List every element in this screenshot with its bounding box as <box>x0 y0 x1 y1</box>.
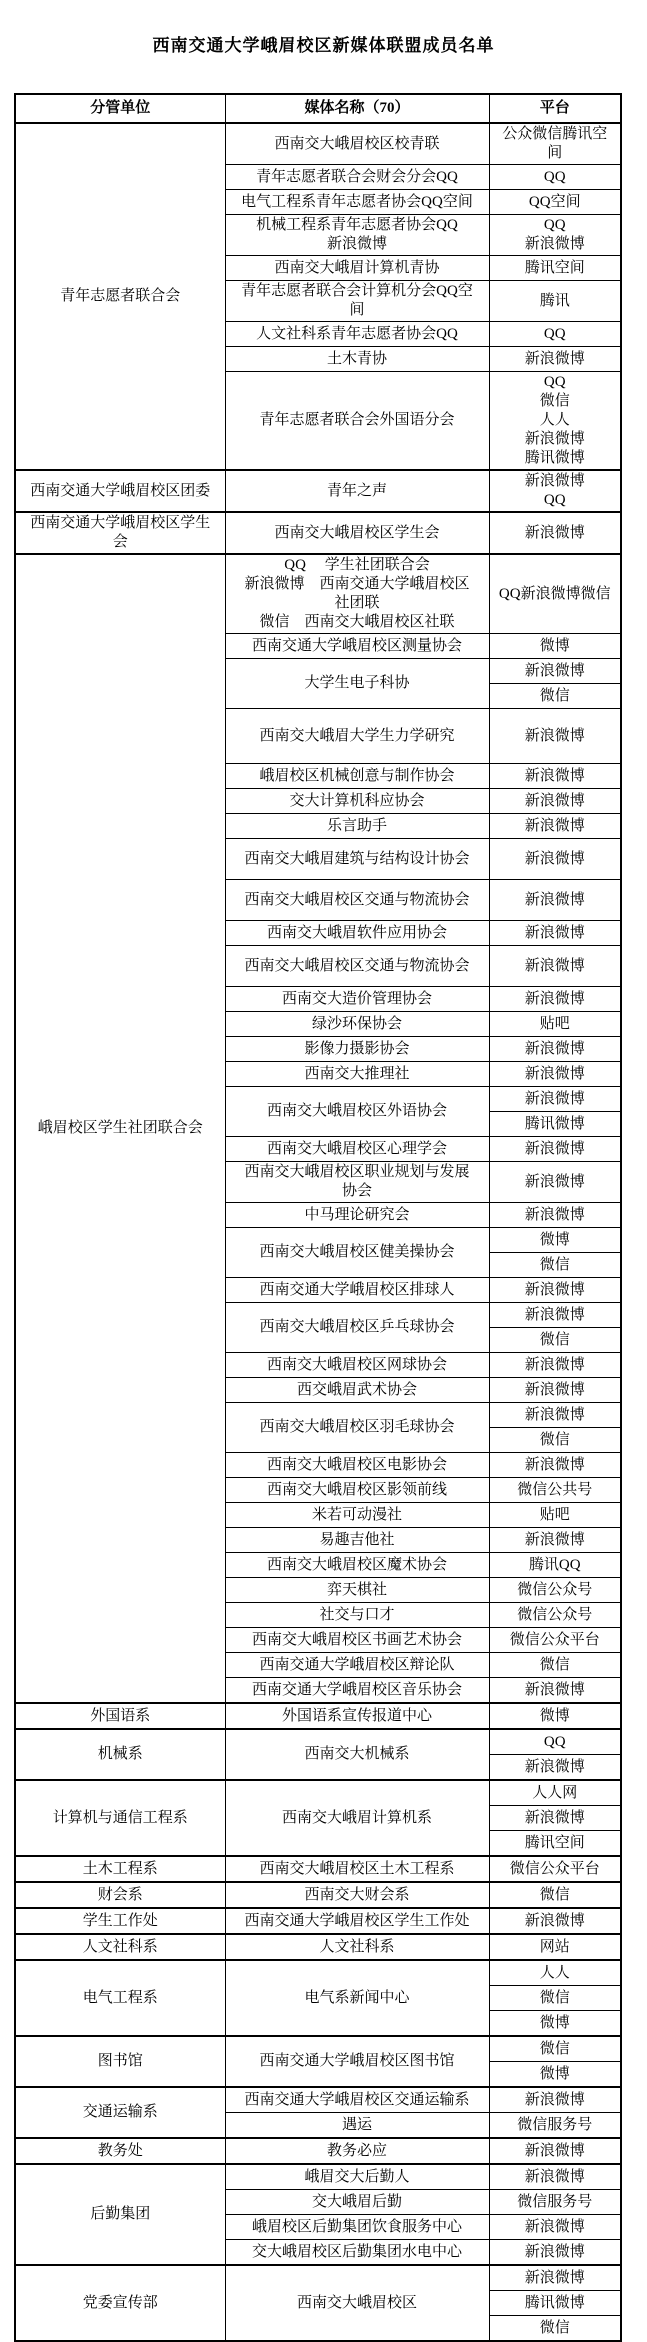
media-name-cell: QQ 学生社团联合会 新浪微博 西南交通大学峨眉校区 社团联 微信 西南交大峨眉… <box>225 554 489 634</box>
media-name-cell: 西南交通大学峨眉校区交通运输系 <box>225 2087 489 2113</box>
platform-cell: 微信公众号 <box>489 1578 621 1603</box>
media-name-cell: 西南交大峨眉校区职业规划与发展 协会 <box>225 1162 489 1203</box>
platform-cell: 人人网 <box>489 1780 621 1806</box>
platform-cell: 微信 <box>489 1882 621 1908</box>
media-name-cell: 西南交大峨眉校区心理学会 <box>225 1137 489 1162</box>
platform-cell: QQ空间 <box>489 190 621 215</box>
table-row: 教务处教务必应新浪微博 <box>15 2138 621 2164</box>
media-name-cell: 西南交大峨眉校区电影协会 <box>225 1453 489 1478</box>
media-name-cell: 西南交通大学峨眉校区图书馆 <box>225 2036 489 2087</box>
unit-cell: 图书馆 <box>15 2036 225 2087</box>
table-row: 党委宣传部西南交大峨眉校区新浪微博 <box>15 2265 621 2291</box>
unit-cell: 西南交通大学峨眉校区学生 会 <box>15 512 225 554</box>
platform-cell: 微信 <box>489 1328 621 1353</box>
media-name-cell: 交大峨眉后勤 <box>225 2190 489 2215</box>
platform-cell: 新浪微博 <box>489 2215 621 2240</box>
platform-cell: 微信 <box>489 1653 621 1678</box>
platform-cell: 新浪微博 <box>489 839 621 880</box>
platform-cell: QQ 微信 人人 新浪微博 腾讯微博 <box>489 372 621 471</box>
media-name-cell: 西交峨眉武术协会 <box>225 1378 489 1403</box>
platform-cell: 网站 <box>489 1934 621 1960</box>
unit-cell: 峨眉校区学生社团联合会 <box>15 554 225 1703</box>
unit-cell: 后勤集团 <box>15 2164 225 2265</box>
media-name-cell: 峨眉交大后勤人 <box>225 2164 489 2190</box>
media-name-cell: 西南交大峨眉校区学生会 <box>225 512 489 554</box>
table-row: 财会系西南交大财会系微信 <box>15 1882 621 1908</box>
col-header-unit: 分管单位 <box>15 94 225 123</box>
table-row: 后勤集团峨眉交大后勤人新浪微博 <box>15 2164 621 2190</box>
media-name-cell: 电气工程系青年志愿者协会QQ空间 <box>225 190 489 215</box>
media-name-cell: 西南交大峨眉校区外语协会 <box>225 1087 489 1137</box>
platform-cell: 腾讯空间 <box>489 256 621 281</box>
table-row: 西南交通大学峨眉校区团委青年之声新浪微博 QQ <box>15 470 621 512</box>
table-row: 青年志愿者联合会西南交大峨眉校区校青联公众微信腾讯空 间 <box>15 123 621 165</box>
platform-cell: 新浪微博 <box>489 789 621 814</box>
platform-cell: QQ 新浪微博 <box>489 215 621 256</box>
platform-cell: 微信公众号 <box>489 1603 621 1628</box>
platform-cell: 微信 <box>489 2316 621 2342</box>
page-title: 西南交通大学峨眉校区新媒体联盟成员名单 <box>0 33 647 93</box>
media-name-cell: 西南交大峨眉校区乒乓球协会 <box>225 1303 489 1353</box>
platform-cell: 微博 <box>489 2011 621 2037</box>
platform-cell: 新浪微博 <box>489 1378 621 1403</box>
media-name-cell: 西南交通大学峨眉校区学生工作处 <box>225 1908 489 1934</box>
platform-cell: 贴吧 <box>489 1012 621 1037</box>
table-row: 人文社科系人文社科系网站 <box>15 1934 621 1960</box>
platform-cell: 微信 <box>489 684 621 709</box>
platform-cell: 微博 <box>489 2062 621 2088</box>
unit-cell: 交通运输系 <box>15 2087 225 2138</box>
platform-cell: 微信 <box>489 1253 621 1278</box>
media-name-cell: 交大峨眉校区后勤集团水电中心 <box>225 2240 489 2266</box>
col-header-platform: 平台 <box>489 94 621 123</box>
media-name-cell: 西南交通大学峨眉校区测量协会 <box>225 634 489 659</box>
media-name-cell: 中马理论研究会 <box>225 1203 489 1228</box>
platform-cell: 微信 <box>489 1986 621 2011</box>
platform-cell: 新浪微博 <box>489 921 621 946</box>
platform-cell: QQ <box>489 322 621 347</box>
media-name-cell: 西南交大峨眉软件应用协会 <box>225 921 489 946</box>
platform-cell: 腾讯 <box>489 281 621 322</box>
platform-cell: QQ <box>489 165 621 190</box>
platform-cell: 新浪微博 QQ <box>489 470 621 512</box>
media-name-cell: 西南交大峨眉校区交通与物流协会 <box>225 946 489 987</box>
platform-cell: 新浪微博 <box>489 880 621 921</box>
media-name-cell: 乐言助手 <box>225 814 489 839</box>
table-row: 计算机与通信工程系西南交大峨眉计算机系人人网 <box>15 1780 621 1806</box>
platform-cell: 微博 <box>489 1703 621 1729</box>
media-name-cell: 西南交大峨眉计算机系 <box>225 1780 489 1856</box>
media-name-cell: 外国语系宣传报道中心 <box>225 1703 489 1729</box>
platform-cell: 新浪微博 <box>489 814 621 839</box>
platform-cell: 新浪微博 <box>489 764 621 789</box>
platform-cell: 新浪微博 <box>489 1137 621 1162</box>
media-name-cell: 西南交大峨眉校区交通与物流协会 <box>225 880 489 921</box>
members-table-body: 青年志愿者联合会西南交大峨眉校区校青联公众微信腾讯空 间青年志愿者联合会财会分会… <box>15 123 621 2341</box>
platform-cell: 新浪微博 <box>489 347 621 372</box>
media-name-cell: 人文社科系 <box>225 1934 489 1960</box>
platform-cell: 腾讯QQ <box>489 1553 621 1578</box>
unit-cell: 土木工程系 <box>15 1856 225 1882</box>
media-name-cell: 青年志愿者联合会计算机分会QQ空 间 <box>225 281 489 322</box>
platform-cell: 新浪微博 <box>489 1528 621 1553</box>
platform-cell: 腾讯空间 <box>489 1831 621 1857</box>
table-row: 交通运输系西南交通大学峨眉校区交通运输系新浪微博 <box>15 2087 621 2113</box>
platform-cell: 新浪微博 <box>489 1353 621 1378</box>
unit-cell: 机械系 <box>15 1729 225 1780</box>
platform-cell: 微博 <box>489 634 621 659</box>
platform-cell: 新浪微博 <box>489 512 621 554</box>
platform-cell: 人人 <box>489 1960 621 1986</box>
platform-cell: 新浪微博 <box>489 2087 621 2113</box>
unit-cell: 财会系 <box>15 1882 225 1908</box>
media-name-cell: 弈天棋社 <box>225 1578 489 1603</box>
unit-cell: 人文社科系 <box>15 1934 225 1960</box>
media-name-cell: 西南交大峨眉计算机青协 <box>225 256 489 281</box>
media-name-cell: 西南交通大学峨眉校区辩论队 <box>225 1653 489 1678</box>
platform-cell: 新浪微博 <box>489 2265 621 2291</box>
media-name-cell: 西南交通大学峨眉校区音乐协会 <box>225 1678 489 1704</box>
media-name-cell: 西南交大峨眉校区土木工程系 <box>225 1856 489 1882</box>
media-name-cell: 教务必应 <box>225 2138 489 2164</box>
media-name-cell: 青年志愿者联合会外国语分会 <box>225 372 489 471</box>
platform-cell: 新浪微博 <box>489 1678 621 1704</box>
platform-cell: 贴吧 <box>489 1503 621 1528</box>
media-name-cell: 西南交大推理社 <box>225 1062 489 1087</box>
platform-cell: 公众微信腾讯空 间 <box>489 123 621 165</box>
media-name-cell: 青年之声 <box>225 470 489 512</box>
media-name-cell: 机械工程系青年志愿者协会QQ 新浪微博 <box>225 215 489 256</box>
table-row: 峨眉校区学生社团联合会QQ 学生社团联合会 新浪微博 西南交通大学峨眉校区 社团… <box>15 554 621 634</box>
media-name-cell: 社交与口才 <box>225 1603 489 1628</box>
media-name-cell: 西南交大峨眉建筑与结构设计协会 <box>225 839 489 880</box>
platform-cell: 新浪微博 <box>489 1806 621 1831</box>
media-name-cell: 人文社科系青年志愿者协会QQ <box>225 322 489 347</box>
platform-cell: 新浪微博 <box>489 987 621 1012</box>
platform-cell: 新浪微博 <box>489 2240 621 2266</box>
header-row: 分管单位 媒体名称（70） 平台 <box>15 94 621 123</box>
platform-cell: 微信 <box>489 2036 621 2062</box>
media-name-cell: 西南交大造价管理协会 <box>225 987 489 1012</box>
platform-cell: 新浪微博 <box>489 1278 621 1303</box>
media-name-cell: 西南交大峨眉校区健美操协会 <box>225 1228 489 1278</box>
table-row: 外国语系外国语系宣传报道中心微博 <box>15 1703 621 1729</box>
table-row: 土木工程系西南交大峨眉校区土木工程系微信公众平台 <box>15 1856 621 1882</box>
media-name-cell: 西南交大峨眉校区魔术协会 <box>225 1553 489 1578</box>
media-name-cell: 遇运 <box>225 2113 489 2139</box>
platform-cell: 腾讯微博 <box>489 1112 621 1137</box>
platform-cell: 新浪微博 <box>489 946 621 987</box>
media-name-cell: 西南交通大学峨眉校区排球人 <box>225 1278 489 1303</box>
unit-cell: 党委宣传部 <box>15 2265 225 2341</box>
platform-cell: 新浪微博 <box>489 1303 621 1328</box>
unit-cell: 电气工程系 <box>15 1960 225 2036</box>
platform-cell: 微信 <box>489 1428 621 1453</box>
table-row: 学生工作处西南交通大学峨眉校区学生工作处新浪微博 <box>15 1908 621 1934</box>
platform-cell: 微信公共号 <box>489 1478 621 1503</box>
platform-cell: 腾讯微博 <box>489 2291 621 2316</box>
platform-cell: 微信公众平台 <box>489 1628 621 1653</box>
platform-cell: 新浪微博 <box>489 1087 621 1112</box>
media-name-cell: 电气系新闻中心 <box>225 1960 489 2036</box>
unit-cell: 计算机与通信工程系 <box>15 1780 225 1856</box>
media-name-cell: 西南交大财会系 <box>225 1882 489 1908</box>
media-name-cell: 交大计算机科应协会 <box>225 789 489 814</box>
table-row: 西南交通大学峨眉校区学生 会西南交大峨眉校区学生会新浪微博 <box>15 512 621 554</box>
media-name-cell: 易趣吉他社 <box>225 1528 489 1553</box>
platform-cell: 新浪微博 <box>489 1755 621 1781</box>
platform-cell: 新浪微博 <box>489 2138 621 2164</box>
platform-cell: 新浪微博 <box>489 1037 621 1062</box>
platform-cell: 新浪微博 <box>489 1453 621 1478</box>
platform-cell: 新浪微博 <box>489 1062 621 1087</box>
media-name-cell: 影像力摄影协会 <box>225 1037 489 1062</box>
media-name-cell: 西南交大峨眉校区书画艺术协会 <box>225 1628 489 1653</box>
col-header-media: 媒体名称（70） <box>225 94 489 123</box>
media-name-cell: 西南交大峨眉校区 <box>225 2265 489 2341</box>
members-table: 分管单位 媒体名称（70） 平台 青年志愿者联合会西南交大峨眉校区校青联公众微信… <box>14 93 622 2342</box>
media-name-cell: 土木青协 <box>225 347 489 372</box>
platform-cell: 微信公众平台 <box>489 1856 621 1882</box>
platform-cell: 新浪微博 <box>489 709 621 764</box>
media-name-cell: 绿沙环保协会 <box>225 1012 489 1037</box>
platform-cell: 新浪微博 <box>489 1403 621 1428</box>
media-name-cell: 米若可动漫社 <box>225 1503 489 1528</box>
platform-cell: 新浪微博 <box>489 659 621 684</box>
unit-cell: 青年志愿者联合会 <box>15 123 225 470</box>
media-name-cell: 西南交大峨眉校区网球协会 <box>225 1353 489 1378</box>
unit-cell: 学生工作处 <box>15 1908 225 1934</box>
media-name-cell: 峨眉校区后勤集团饮食服务中心 <box>225 2215 489 2240</box>
platform-cell: 新浪微博 <box>489 1203 621 1228</box>
media-name-cell: 西南交大机械系 <box>225 1729 489 1780</box>
platform-cell: 微信服务号 <box>489 2113 621 2139</box>
platform-cell: 新浪微博 <box>489 1908 621 1934</box>
media-name-cell: 西南交大峨眉校区羽毛球协会 <box>225 1403 489 1453</box>
media-name-cell: 西南交大峨眉校区影领前线 <box>225 1478 489 1503</box>
unit-cell: 西南交通大学峨眉校区团委 <box>15 470 225 512</box>
media-name-cell: 西南交大峨眉校区校青联 <box>225 123 489 165</box>
unit-cell: 教务处 <box>15 2138 225 2164</box>
platform-cell: QQ <box>489 1729 621 1755</box>
media-name-cell: 青年志愿者联合会财会分会QQ <box>225 165 489 190</box>
media-name-cell: 西南交大峨眉大学生力学研究 <box>225 709 489 764</box>
platform-cell: QQ新浪微博微信 <box>489 554 621 634</box>
platform-cell: 新浪微博 <box>489 1162 621 1203</box>
media-name-cell: 大学生电子科协 <box>225 659 489 709</box>
table-row: 电气工程系电气系新闻中心人人 <box>15 1960 621 1986</box>
table-row: 图书馆西南交通大学峨眉校区图书馆微信 <box>15 2036 621 2062</box>
platform-cell: 微博 <box>489 1228 621 1253</box>
platform-cell: 微信服务号 <box>489 2190 621 2215</box>
platform-cell: 新浪微博 <box>489 2164 621 2190</box>
media-name-cell: 峨眉校区机械创意与制作协会 <box>225 764 489 789</box>
unit-cell: 外国语系 <box>15 1703 225 1729</box>
table-row: 机械系西南交大机械系QQ <box>15 1729 621 1755</box>
